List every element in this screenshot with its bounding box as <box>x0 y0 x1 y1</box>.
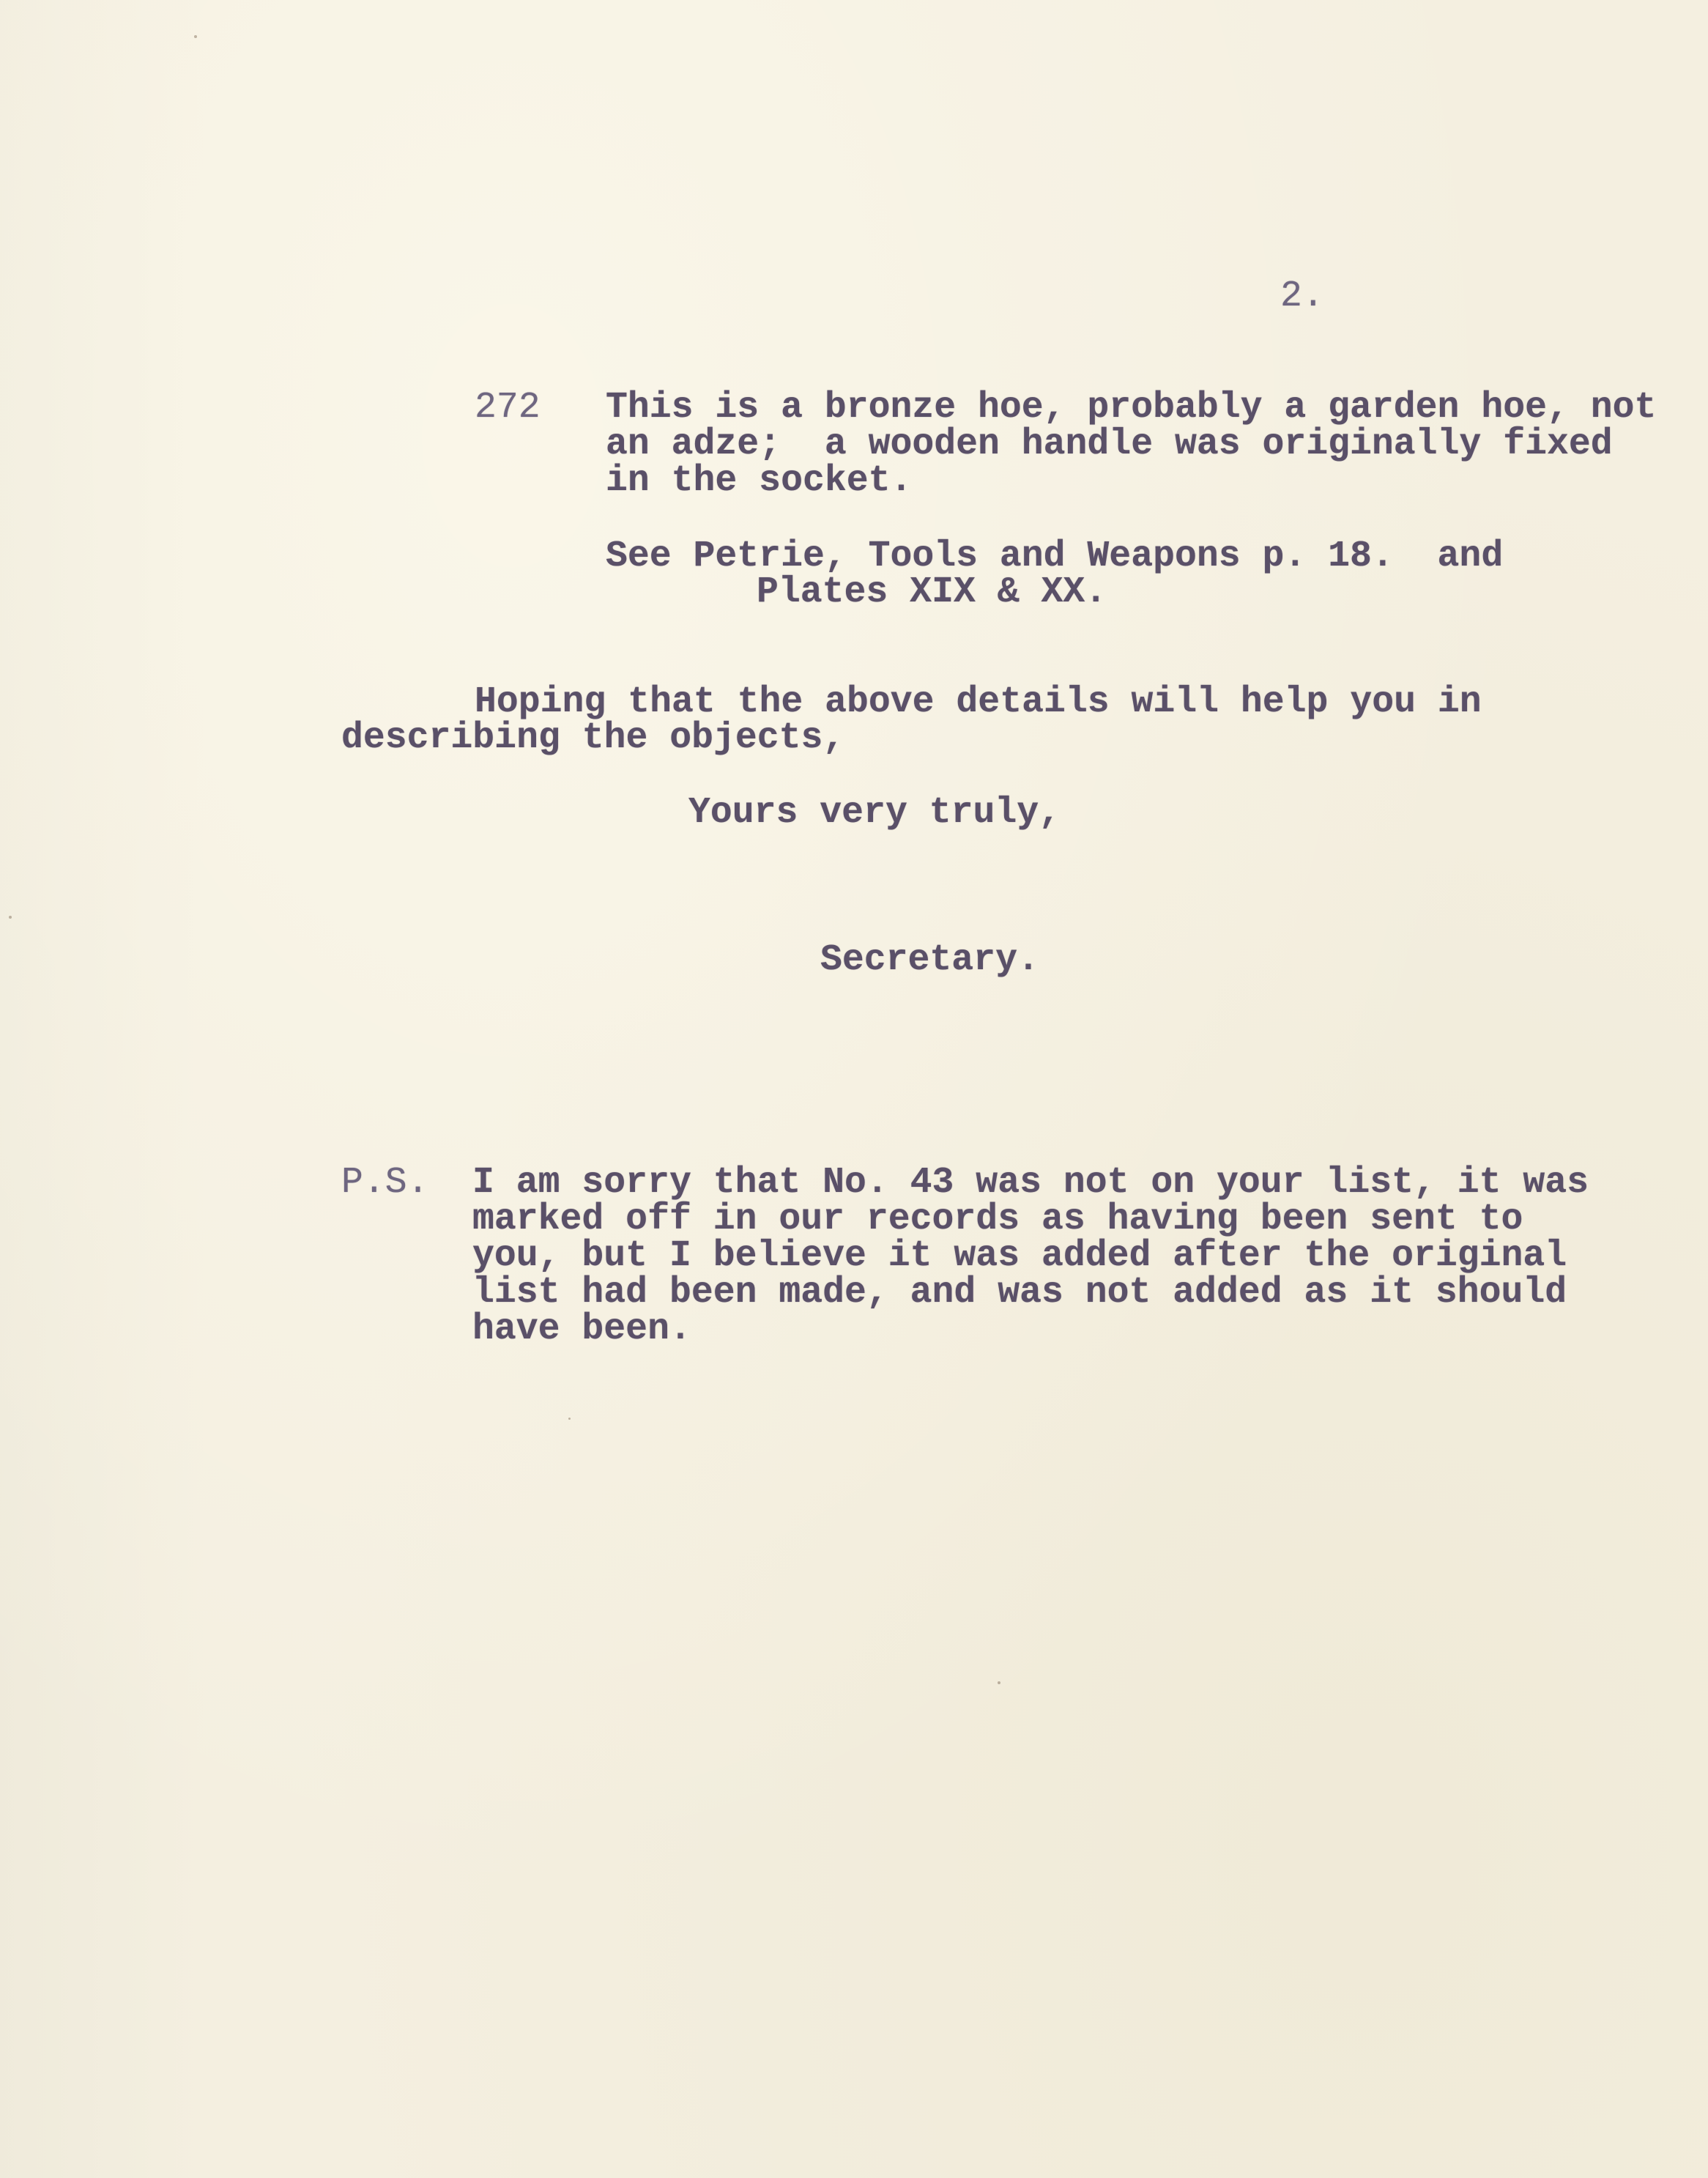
letter-page: 2. 272 This is a bronze hoe, probably a … <box>0 0 1708 2178</box>
item-number: 272 <box>475 390 541 426</box>
postscript-line-3: you, but I believe it was added after th… <box>472 1238 1567 1275</box>
closing-paragraph-line-1: Hoping that the above details will help … <box>475 684 1482 721</box>
closing-paragraph-line-2: describing the objects, <box>341 720 844 757</box>
signature-title: Secretary. <box>820 942 1039 979</box>
item-description-line-3: in the socket. <box>606 463 912 500</box>
postscript-line-5: have been. <box>472 1311 691 1348</box>
paper-speck <box>194 35 197 38</box>
reference-line-1: See Petrie, Tools and Weapons p. 18. and <box>606 538 1503 575</box>
valediction: Yours very truly, <box>688 795 1061 831</box>
reference-line-2: Plates XIX & XX. <box>757 574 1107 611</box>
page-number: 2. <box>1280 278 1324 315</box>
postscript-label: P.S. <box>341 1165 429 1201</box>
paper-speck <box>998 1681 1000 1684</box>
postscript-line-4: list had been made, and was not added as… <box>472 1275 1567 1311</box>
postscript-line-2: marked off in our records as having been… <box>472 1201 1523 1238</box>
postscript-line-1: I am sorry that No. 43 was not on your l… <box>472 1165 1589 1201</box>
item-description-line-1: This is a bronze hoe, probably a garden … <box>606 390 1656 426</box>
paper-speck <box>568 1418 571 1420</box>
item-description-line-2: an adze; a wooden handle was originally … <box>606 426 1613 463</box>
paper-speck <box>9 916 12 919</box>
